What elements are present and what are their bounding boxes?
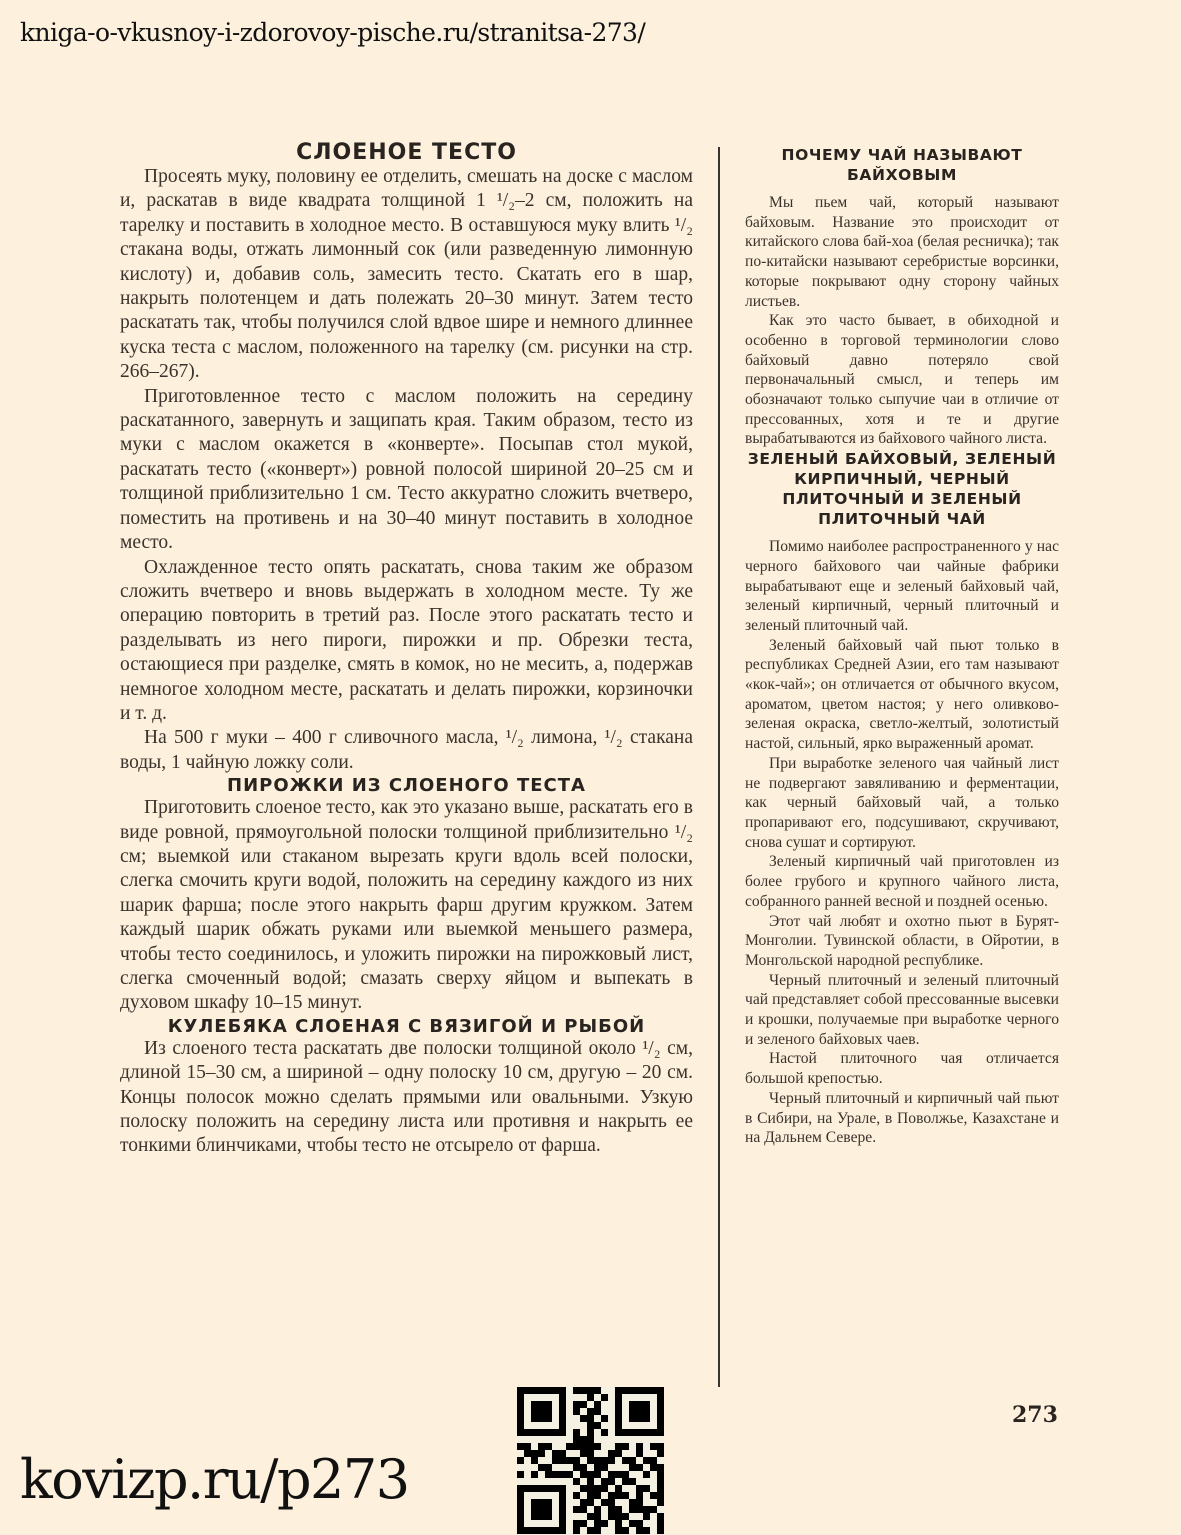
page-url: kniga-o-vkusnoy-i-zdorovoy-pische.ru/str… <box>20 18 645 47</box>
paragraph: Черный плиточный и зеленый плиточный чай… <box>745 971 1059 1050</box>
paragraph: Приготовленное тесто с маслом положить н… <box>120 385 693 556</box>
paragraph: На 500 г муки – 400 г сливочного масла, … <box>120 726 693 775</box>
column-divider <box>718 147 720 1387</box>
paragraph: Черный плиточный и кирпичный чай пьют в … <box>745 1089 1059 1148</box>
section-title-green-tea: ЗЕЛЕНЫЙ БАЙХОВЫЙ, ЗЕЛЕНЫЙ КИРПИЧНЫЙ, ЧЕР… <box>745 449 1059 529</box>
paragraph: Как это часто бывает, в обиходной и особ… <box>745 311 1059 449</box>
paragraph: Зеленый кирпичный чай приготовлен из бол… <box>745 852 1059 911</box>
paragraph: Из слоеного теста раскатать две полоски … <box>120 1037 693 1159</box>
section-title-baikhovyi: ПОЧЕМУ ЧАЙ НАЗЫВАЮТ БАЙХОВЫМ <box>745 145 1059 185</box>
paragraph: Охлажденное тесто опять раскатать, снова… <box>120 556 693 727</box>
paragraph: Приготовить слоеное тесто, как это указа… <box>120 796 693 1016</box>
section-title-kulebyaka: КУЛЕБЯКА СЛОЕНАЯ С ВЯЗИГОЙ И РЫБОЙ <box>120 1016 693 1037</box>
qr-code-icon <box>517 1387 664 1534</box>
short-url: kovizp.ru/p273 <box>20 1448 409 1511</box>
paragraph: Этот чай любят и охотно пьют в Бурят-Мон… <box>745 912 1059 971</box>
paragraph: Настой плиточного чая отличается большой… <box>745 1049 1059 1088</box>
left-column: СЛОЕНОЕ ТЕСТО Просеять муку, половину ее… <box>120 140 693 1159</box>
paragraph: При выработке зеленого чая чайный лист н… <box>745 754 1059 853</box>
paragraph: Мы пьем чай, который называют байховым. … <box>745 193 1059 311</box>
section-title-pirozhki: ПИРОЖКИ ИЗ СЛОЕНОГО ТЕСТА <box>120 775 693 796</box>
page-number: 273 <box>1012 1402 1058 1428</box>
section-title-sloenoe-testo: СЛОЕНОЕ ТЕСТО <box>120 140 693 165</box>
right-column: ПОЧЕМУ ЧАЙ НАЗЫВАЮТ БАЙХОВЫМ Мы пьем чай… <box>745 145 1059 1148</box>
paragraph: Просеять муку, половину ее отделить, сме… <box>120 165 693 385</box>
paragraph: Помимо наиболее распространенного у нас … <box>745 537 1059 636</box>
paragraph: Зеленый байховый чай пьют только в респу… <box>745 636 1059 754</box>
